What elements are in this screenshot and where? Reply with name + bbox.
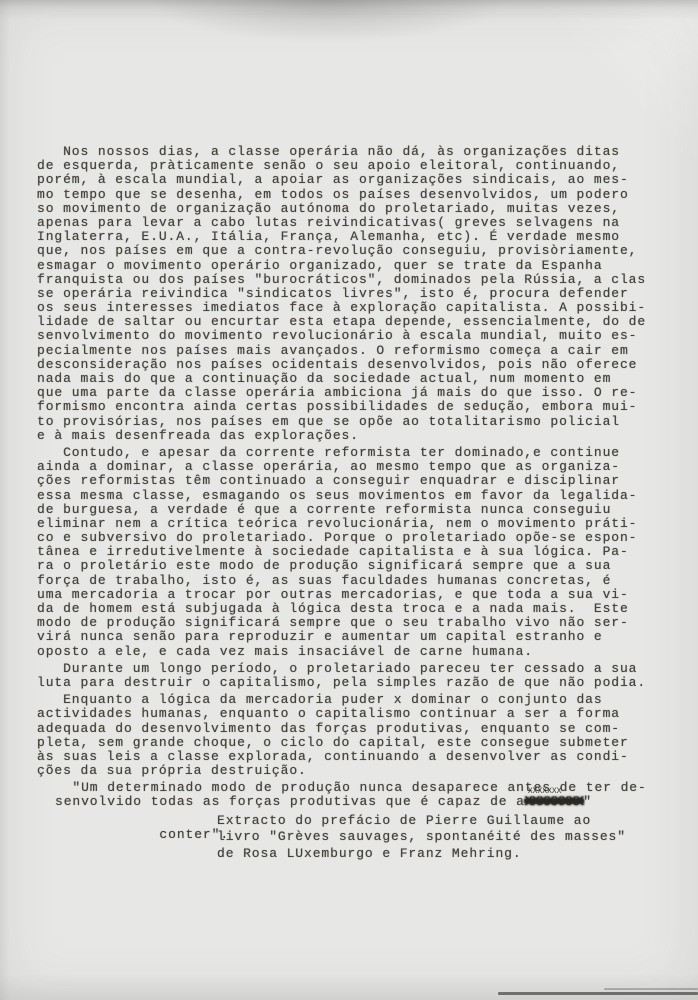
text-line: modo de produção significará sempre que … xyxy=(37,616,677,630)
text-line: "Um determinado modo de produção nunca d… xyxy=(55,781,677,795)
text-line: pecialmente nos países mais avançados. O… xyxy=(37,344,677,358)
text-line: nada mais do que a continuação da socied… xyxy=(37,372,677,386)
attribution: Extracto do prefácio de Pierre Guillaume… xyxy=(217,814,626,864)
text-line: franquista ou dos países "burocráticos",… xyxy=(37,273,677,287)
text-line: oposto a ele, e cada vez mais insaciável… xyxy=(37,645,677,659)
scanned-page: Nos nossos dias, a classe operária não d… xyxy=(0,0,698,1000)
quote-block: "Um determinado modo de produção nunca d… xyxy=(55,781,677,828)
text-line: de Rosa LUxemburgo e Franz Mehring. xyxy=(217,847,626,864)
text-line: ainda a dominar, a classe operária, ao m… xyxy=(37,460,677,474)
text-line: força de trabalho, isto é, as suas facul… xyxy=(37,574,677,588)
overstrike-top-marks: XXXXXXX xyxy=(528,788,562,796)
text-line: senvolvido todas as forças produtivas qu… xyxy=(55,795,677,809)
paragraph-2: Contudo, e apesar da corrente reformista… xyxy=(37,446,677,659)
bottom-edge-shadow xyxy=(498,992,698,995)
text-line: que uma parte da classe operária ambicio… xyxy=(37,386,677,400)
text-line: Contudo, e apesar da corrente reformista… xyxy=(37,446,677,460)
quote-line-2-suffix: " xyxy=(583,794,592,809)
text-line: co e subversivo do proletariado. Porque … xyxy=(37,531,677,545)
text-line: que, nos países em que a contra-revoluçã… xyxy=(37,244,677,258)
text-line: ções da sua própria destruição. xyxy=(37,764,677,778)
text-line: adequada do desenvolvimento das forças p… xyxy=(37,722,677,736)
text-line: virá nunca senão para reproduzir e aumen… xyxy=(37,630,677,644)
paragraph-1: Nos nossos dias, a classe operária não d… xyxy=(37,145,677,443)
text-line: formismo encontra ainda certas possibili… xyxy=(37,400,677,414)
quote-line-3: conter". xyxy=(125,827,229,842)
quote-line-2-prefix: senvolvido todas as forças produtivas qu… xyxy=(55,794,525,809)
text-line: ções reformistas têm continuado a conseg… xyxy=(37,474,677,488)
text-line: e à mais desenfreada das explorações. xyxy=(37,429,677,443)
text-line: ra o proletário este modo de produção si… xyxy=(37,559,677,573)
text-line: esmagar o movimento operário organizado,… xyxy=(37,259,677,273)
text-line: lidade de saltar ou encurtar esta etapa … xyxy=(37,315,677,329)
text-line: Nos nossos dias, a classe operária não d… xyxy=(37,145,677,159)
text-line: senvolvimento do movimento revolucionári… xyxy=(37,329,677,343)
text-line: às suas leis a classe explorada, continu… xyxy=(37,750,677,764)
text-line: desconsideração nos países ocidentais de… xyxy=(37,358,677,372)
overstruck-word-text: XXXXXXXX xyxy=(525,794,583,809)
paragraph-4: Enquanto a lógica da mercadoria puder x … xyxy=(37,693,677,778)
paragraph-3: Durante um longo período, o proletariado… xyxy=(37,662,677,690)
text-line: Enquanto a lógica da mercadoria puder x … xyxy=(37,693,677,707)
text-line: apenas para levar a cabo lutas reivindic… xyxy=(37,216,677,230)
text-line: to provisórias, nos países em que se opõ… xyxy=(37,415,677,429)
text-line: tânea e irredutivelmente à sociedade cap… xyxy=(37,545,677,559)
text-line: livro "Grèves sauvages, spontanéité des … xyxy=(217,830,626,847)
text-line: uma mercadoria a trocar por outras merca… xyxy=(37,588,677,602)
text-line: conter". Extracto do prefácio de Pierre … xyxy=(55,814,677,828)
text-line: pleta, sem grande choque, o ciclo do cap… xyxy=(37,736,677,750)
overstruck-word: XXXXXXXXXXXXXXX xyxy=(525,795,583,809)
text-line: de burguesa, a verdade é que a corrente … xyxy=(37,503,677,517)
text-line: mo tempo que se desenha, em todos os paí… xyxy=(37,188,677,202)
paper-crease xyxy=(578,0,698,20)
text-line: de esquerda, pràticamente senão o seu ap… xyxy=(37,159,677,173)
text-line: actividades humanas, enquanto o capitali… xyxy=(37,707,677,721)
text-line: Durante um longo período, o proletariado… xyxy=(37,662,677,676)
text-line: se operária reivindica "sindicatos livre… xyxy=(37,287,677,301)
text-line: essa mesma classe, esmagando os seus mov… xyxy=(37,489,677,503)
text-line: os seus interesses imediatos face à expl… xyxy=(37,301,677,315)
text-line: so movimento de organização autónoma do … xyxy=(37,202,677,216)
text-line: da de homem está subjugada à lógica dest… xyxy=(37,602,677,616)
document-text: Nos nossos dias, a classe operária não d… xyxy=(37,145,677,828)
text-line: Extracto do prefácio de Pierre Guillaume… xyxy=(217,814,626,831)
text-line: porém, à escala mundial, a apoiar as org… xyxy=(37,173,677,187)
text-line: Inglaterra, E.U.A., Itália, França, Alem… xyxy=(37,230,677,244)
text-line: luta para destruir o capitalismo, pela s… xyxy=(37,676,677,690)
bottom-edge-shadow-faint xyxy=(604,988,698,990)
text-line: eliminar nem a crítica teórica revolucio… xyxy=(37,517,677,531)
